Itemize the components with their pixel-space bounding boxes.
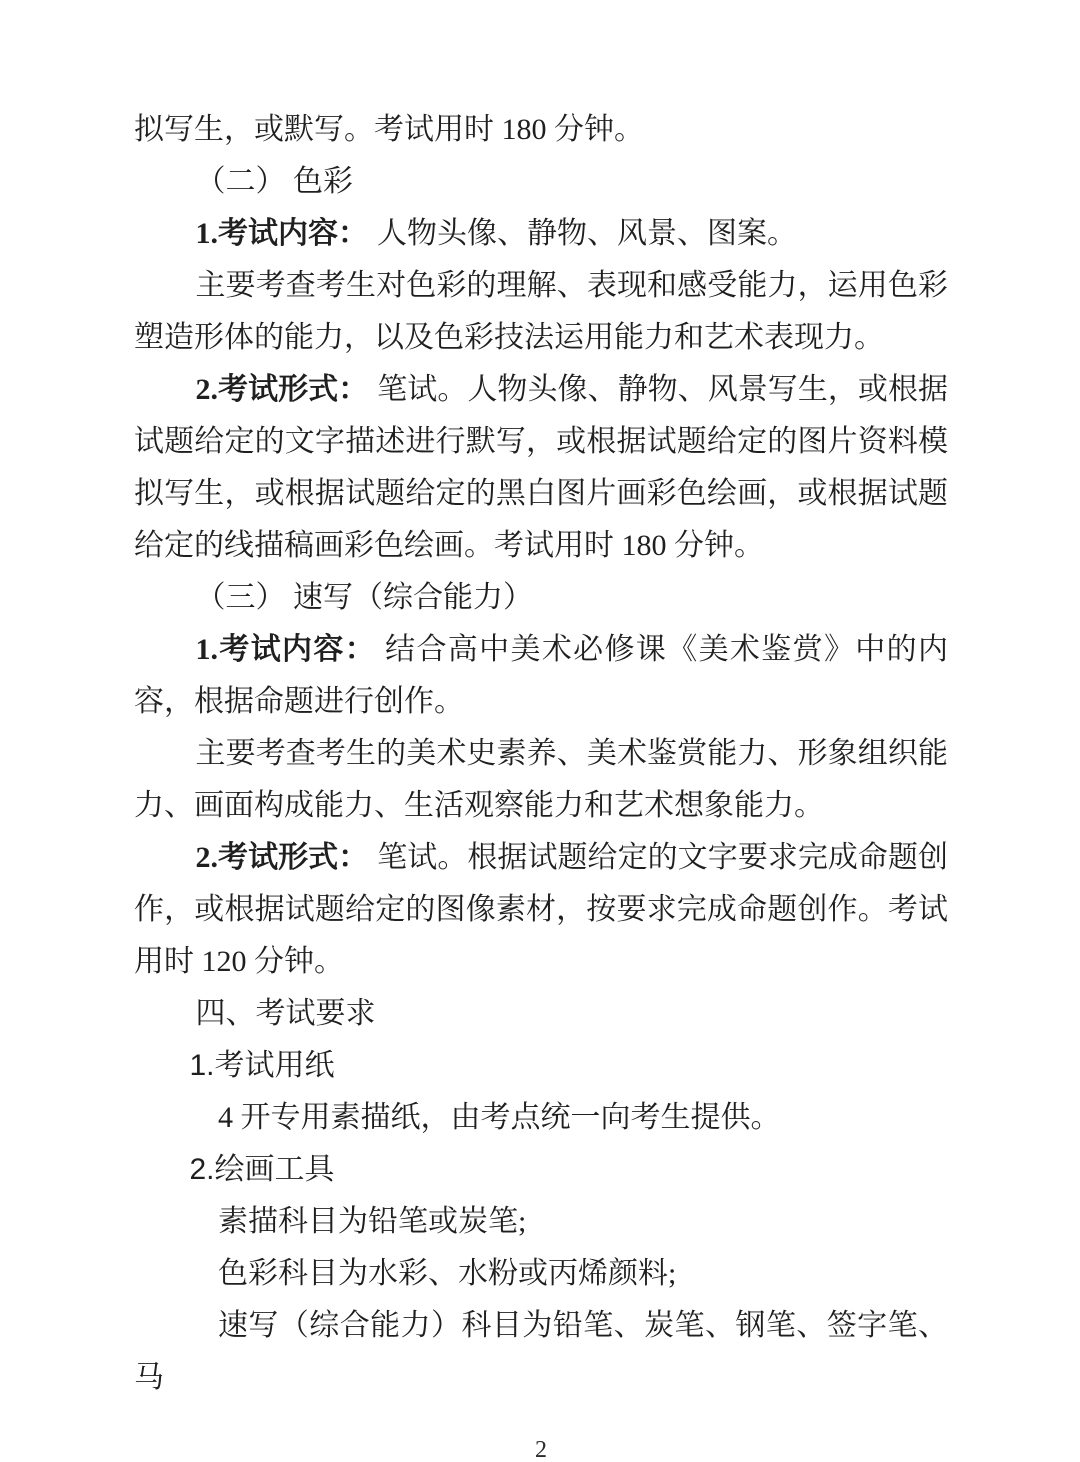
paragraph-body: 主要考查考生对色彩的理解、表现和感受能力，运用色彩塑造形体的能力，以及色彩技法运… bbox=[134, 260, 948, 364]
sub-heading-exam-paper: 1.考试用纸 bbox=[134, 1040, 948, 1092]
paragraph-body: 4 开专用素描纸，由考点统一向考生提供。 bbox=[134, 1092, 948, 1144]
document-content: 拟写生，或默写。考试用时 180 分钟。 （二） 色彩 1.考试内容：人物头像、… bbox=[134, 104, 948, 1404]
subsection-heading-sketch: （三） 速写（综合能力） bbox=[134, 572, 948, 624]
paragraph-label: 1.考试内容： bbox=[196, 217, 369, 250]
paragraph-body: 速写（综合能力）科目为铅笔、炭笔、钢笔、签字笔、马 bbox=[134, 1300, 948, 1404]
paragraph-continuation: 拟写生，或默写。考试用时 180 分钟。 bbox=[134, 104, 948, 156]
page-number: 2 bbox=[535, 1437, 547, 1462]
paragraph-body: 色彩科目为水彩、水粉或丙烯颜料; bbox=[134, 1248, 948, 1300]
paragraph-body: 素描科目为铅笔或炭笔; bbox=[134, 1196, 948, 1248]
paragraph-label: 1.考试内容： bbox=[196, 633, 377, 666]
paragraph-body: 主要考查考生的美术史素养、美术鉴赏能力、形象组织能力、画面构成能力、生活观察能力… bbox=[134, 728, 948, 832]
subsection-heading-color: （二） 色彩 bbox=[134, 156, 948, 208]
paragraph-exam-content: 1.考试内容：结合高中美术必修课《美术鉴赏》中的内容，根据命题进行创作。 bbox=[134, 624, 948, 728]
section-heading-requirements: 四、考试要求 bbox=[134, 988, 948, 1040]
sub-heading-drawing-tools: 2.绘画工具 bbox=[134, 1144, 948, 1196]
paragraph-text: 人物头像、静物、风景、图案。 bbox=[377, 217, 797, 250]
paragraph-label: 2.考试形式： bbox=[196, 373, 369, 406]
paragraph-exam-format: 2.考试形式：笔试。根据试题给定的文字要求完成命题创作，或根据试题给定的图像素材… bbox=[134, 832, 948, 988]
paragraph-exam-format: 2.考试形式：笔试。人物头像、静物、风景写生，或根据试题给定的文字描述进行默写，… bbox=[134, 364, 948, 572]
page-footer: 2 bbox=[134, 1432, 948, 1462]
paragraph-label: 2.考试形式： bbox=[196, 841, 369, 874]
paragraph-exam-content: 1.考试内容：人物头像、静物、风景、图案。 bbox=[134, 208, 948, 260]
document-page: 拟写生，或默写。考试用时 180 分钟。 （二） 色彩 1.考试内容：人物头像、… bbox=[0, 0, 1080, 1462]
